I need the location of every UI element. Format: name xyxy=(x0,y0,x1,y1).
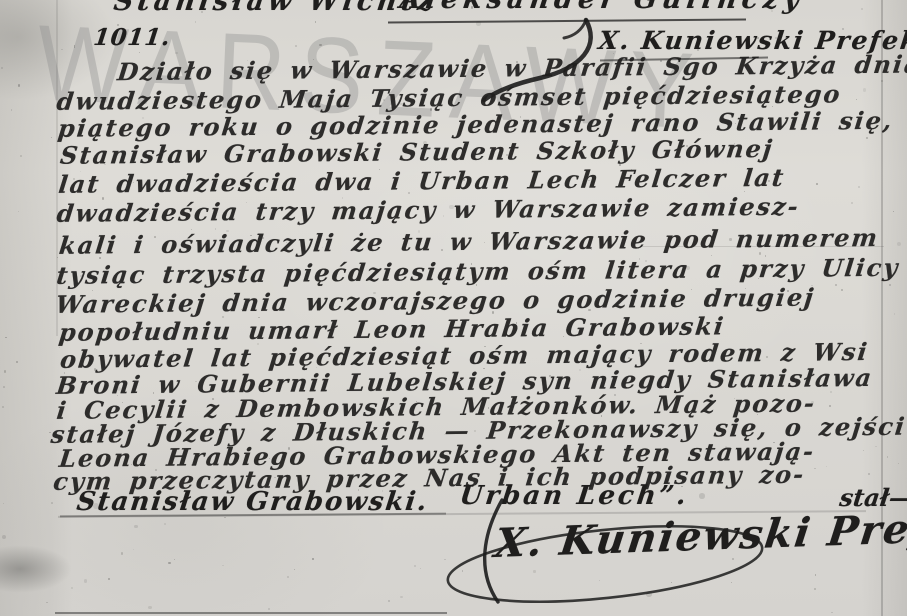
noise-speck xyxy=(686,266,690,270)
noise-speck xyxy=(94,368,96,370)
noise-speck xyxy=(247,60,248,61)
noise-speck xyxy=(721,42,722,43)
noise-speck xyxy=(613,53,614,54)
noise-speck xyxy=(697,49,699,51)
noise-speck xyxy=(168,562,170,564)
noise-speck xyxy=(516,61,518,63)
noise-speck xyxy=(64,372,66,374)
noise-speck xyxy=(315,21,316,22)
noise-speck xyxy=(444,559,446,561)
noise-speck xyxy=(408,192,410,194)
noise-speck xyxy=(212,398,214,400)
noise-speck xyxy=(686,145,688,147)
noise-speck xyxy=(578,395,579,396)
noise-speck xyxy=(816,183,818,185)
noise-speck xyxy=(92,290,93,291)
noise-speck xyxy=(46,602,48,604)
noise-speck xyxy=(16,361,18,363)
noise-speck xyxy=(326,272,327,273)
noise-speck xyxy=(768,180,770,182)
noise-speck xyxy=(734,398,735,399)
noise-speck xyxy=(134,525,137,528)
noise-speck xyxy=(628,357,630,359)
noise-speck xyxy=(316,367,317,368)
noise-speck xyxy=(691,174,692,175)
noise-speck xyxy=(887,456,889,458)
noise-speck xyxy=(142,117,144,119)
paper-noise xyxy=(0,0,907,616)
noise-speck xyxy=(476,284,477,285)
noise-speck xyxy=(718,483,720,485)
noise-speck xyxy=(250,235,251,236)
noise-speck xyxy=(765,255,766,256)
noise-speck xyxy=(572,155,573,156)
noise-speck xyxy=(63,268,64,269)
noise-speck xyxy=(484,242,485,243)
noise-speck xyxy=(51,502,53,504)
noise-speck xyxy=(744,191,745,192)
noise-speck xyxy=(61,49,62,50)
noise-speck xyxy=(195,381,197,383)
noise-speck xyxy=(599,580,600,581)
noise-speck xyxy=(897,242,901,246)
noise-speck xyxy=(444,434,445,435)
noise-speck xyxy=(287,576,289,578)
noise-speck xyxy=(5,337,7,339)
noise-speck xyxy=(117,383,118,384)
noise-speck xyxy=(516,322,518,324)
noise-speck xyxy=(866,137,867,138)
noise-speck xyxy=(841,289,843,291)
noise-speck xyxy=(893,211,894,212)
noise-speck xyxy=(563,336,564,337)
noise-speck xyxy=(99,257,101,259)
noise-speck xyxy=(851,202,853,204)
noise-speck xyxy=(570,323,572,325)
noise-speck xyxy=(654,183,655,184)
noise-speck xyxy=(503,460,505,462)
noise-speck xyxy=(4,370,6,372)
noise-speck xyxy=(773,442,775,444)
noise-speck xyxy=(889,284,891,286)
noise-speck xyxy=(74,45,76,47)
noise-speck xyxy=(898,463,899,464)
noise-speck xyxy=(562,470,563,471)
death-record-scan: WARSZAWY Stanisław Wichtz Aleksander Gul… xyxy=(0,0,907,616)
noise-speck xyxy=(283,304,285,306)
noise-speck xyxy=(811,401,813,403)
noise-speck xyxy=(117,24,119,26)
noise-speck xyxy=(745,288,746,289)
noise-speck xyxy=(18,84,20,86)
noise-speck xyxy=(575,210,577,212)
noise-speck xyxy=(108,578,110,580)
noise-speck xyxy=(2,535,7,540)
noise-speck xyxy=(830,391,832,393)
noise-speck xyxy=(484,346,485,347)
noise-speck xyxy=(249,6,251,8)
noise-speck xyxy=(548,150,550,152)
noise-speck xyxy=(856,99,857,100)
noise-speck xyxy=(241,309,242,310)
noise-speck xyxy=(155,469,157,471)
noise-speck xyxy=(566,527,568,529)
noise-speck xyxy=(80,171,82,173)
noise-speck xyxy=(414,565,416,567)
noise-speck xyxy=(191,229,192,230)
noise-speck xyxy=(400,103,402,105)
noise-speck xyxy=(20,155,22,157)
noise-speck xyxy=(691,38,693,40)
noise-speck xyxy=(114,330,119,335)
noise-speck xyxy=(153,392,155,394)
noise-speck xyxy=(122,402,123,403)
noise-speck xyxy=(246,202,247,203)
noise-speck xyxy=(388,600,390,602)
noise-speck xyxy=(588,180,589,181)
noise-speck xyxy=(3,503,4,504)
noise-speck xyxy=(51,137,52,138)
noise-speck xyxy=(423,141,427,145)
noise-speck xyxy=(652,480,656,484)
noise-speck xyxy=(191,464,193,466)
noise-speck xyxy=(875,446,876,447)
noise-speck xyxy=(117,395,118,396)
noise-speck xyxy=(162,330,163,331)
noise-speck xyxy=(557,206,559,208)
noise-speck xyxy=(57,257,58,258)
noise-speck xyxy=(144,208,146,210)
noise-speck xyxy=(757,37,758,38)
noise-speck xyxy=(286,242,287,243)
noise-speck xyxy=(520,116,522,118)
noise-speck xyxy=(549,375,551,377)
noise-speck xyxy=(766,356,768,358)
noise-speck xyxy=(506,154,508,156)
noise-speck xyxy=(373,292,375,294)
noise-speck xyxy=(71,587,73,589)
noise-speck xyxy=(588,309,590,311)
noise-speck xyxy=(226,230,228,232)
noise-speck xyxy=(365,459,367,461)
noise-speck xyxy=(646,356,647,357)
noise-speck xyxy=(174,559,175,560)
noise-speck xyxy=(877,35,879,37)
noise-speck xyxy=(579,369,581,371)
noise-speck xyxy=(49,432,51,434)
noise-speck xyxy=(73,178,75,180)
noise-speck xyxy=(801,124,803,126)
noise-speck xyxy=(79,189,81,191)
noise-speck xyxy=(148,606,152,610)
noise-speck xyxy=(215,228,217,230)
noise-speck xyxy=(603,496,605,498)
noise-speck xyxy=(322,247,323,248)
noise-speck xyxy=(117,387,121,391)
noise-speck xyxy=(481,303,483,305)
noise-speck xyxy=(699,493,705,499)
noise-speck xyxy=(383,99,385,101)
noise-speck xyxy=(126,455,130,459)
noise-speck xyxy=(681,486,683,488)
noise-speck xyxy=(274,477,275,478)
noise-speck xyxy=(671,582,672,583)
noise-speck xyxy=(483,368,484,369)
noise-speck xyxy=(601,415,602,416)
noise-speck xyxy=(154,236,156,238)
noise-speck xyxy=(294,569,296,571)
noise-speck xyxy=(96,455,98,457)
noise-speck xyxy=(201,11,203,13)
noise-speck xyxy=(732,558,734,560)
noise-speck xyxy=(811,285,813,287)
noise-speck xyxy=(418,230,420,232)
noise-speck xyxy=(858,186,860,188)
noise-speck xyxy=(257,343,259,345)
noise-speck xyxy=(173,352,175,354)
noise-speck xyxy=(84,579,88,583)
noise-speck xyxy=(1,67,3,69)
noise-speck xyxy=(533,570,535,572)
noise-speck xyxy=(614,394,616,396)
noise-speck xyxy=(623,456,625,458)
noise-speck xyxy=(735,123,736,124)
noise-speck xyxy=(11,109,13,111)
noise-speck xyxy=(691,289,692,290)
noise-speck xyxy=(121,552,123,554)
noise-speck xyxy=(775,408,776,409)
noise-speck xyxy=(835,284,837,286)
noise-speck xyxy=(441,249,443,251)
noise-speck xyxy=(183,252,184,253)
noise-speck xyxy=(400,596,402,598)
noise-speck xyxy=(195,21,197,23)
noise-speck xyxy=(18,211,19,212)
noise-speck xyxy=(300,329,301,330)
noise-speck xyxy=(295,45,297,47)
noise-speck xyxy=(370,359,372,361)
noise-speck xyxy=(731,582,732,583)
noise-speck xyxy=(471,263,473,265)
noise-speck xyxy=(268,608,270,610)
noise-speck xyxy=(894,313,896,315)
noise-speck xyxy=(694,350,695,351)
noise-speck xyxy=(863,88,867,92)
noise-speck xyxy=(382,490,384,492)
noise-speck xyxy=(471,6,473,8)
noise-speck xyxy=(258,317,260,319)
noise-speck xyxy=(224,517,225,518)
noise-speck xyxy=(102,197,104,199)
noise-speck xyxy=(639,258,640,259)
noise-speck xyxy=(648,306,649,307)
noise-speck xyxy=(359,331,361,333)
noise-speck xyxy=(319,44,321,46)
noise-speck xyxy=(488,407,490,409)
noise-speck xyxy=(416,401,417,402)
noise-speck xyxy=(787,290,789,292)
noise-speck xyxy=(868,473,870,475)
noise-speck xyxy=(826,466,827,467)
noise-speck xyxy=(93,503,99,509)
noise-speck xyxy=(443,215,444,216)
noise-speck xyxy=(430,108,432,110)
noise-speck xyxy=(863,450,864,451)
noise-speck xyxy=(262,237,264,239)
noise-speck xyxy=(312,558,313,559)
noise-speck xyxy=(379,169,380,170)
noise-speck xyxy=(881,80,883,82)
noise-speck xyxy=(619,529,621,531)
noise-speck xyxy=(358,489,360,491)
noise-speck xyxy=(463,179,465,181)
noise-speck xyxy=(757,414,758,415)
noise-speck xyxy=(861,8,863,10)
noise-speck xyxy=(771,10,773,12)
noise-speck xyxy=(759,252,761,254)
noise-speck xyxy=(3,386,5,388)
noise-speck xyxy=(814,588,815,589)
noise-speck xyxy=(859,47,860,48)
noise-speck xyxy=(342,197,344,199)
noise-speck xyxy=(806,380,807,381)
noise-speck xyxy=(228,453,229,454)
noise-speck xyxy=(660,60,662,62)
noise-speck xyxy=(711,255,712,256)
noise-speck xyxy=(534,553,535,554)
noise-speck xyxy=(816,65,817,66)
noise-speck xyxy=(842,28,844,30)
noise-speck xyxy=(2,406,4,408)
noise-speck xyxy=(772,106,773,107)
noise-speck xyxy=(299,225,300,226)
noise-speck xyxy=(269,458,270,459)
noise-speck xyxy=(474,430,476,432)
noise-speck xyxy=(492,311,494,313)
noise-speck xyxy=(645,260,647,262)
noise-speck xyxy=(631,169,632,170)
noise-speck xyxy=(619,164,620,165)
noise-speck xyxy=(883,528,885,530)
noise-speck xyxy=(80,275,82,277)
noise-speck xyxy=(829,405,831,407)
noise-speck xyxy=(149,213,150,214)
noise-speck xyxy=(610,483,611,484)
noise-speck xyxy=(311,101,312,102)
noise-speck xyxy=(288,447,290,449)
noise-speck xyxy=(313,59,314,60)
noise-speck xyxy=(333,129,337,133)
noise-speck xyxy=(815,574,816,575)
noise-speck xyxy=(133,549,134,550)
noise-speck xyxy=(131,464,132,465)
noise-speck xyxy=(222,565,224,567)
noise-speck xyxy=(831,612,832,613)
noise-speck xyxy=(74,47,75,48)
noise-speck xyxy=(738,69,740,71)
noise-speck xyxy=(758,278,759,279)
noise-speck xyxy=(443,95,444,96)
noise-speck xyxy=(134,406,135,407)
noise-speck xyxy=(646,591,652,597)
noise-speck xyxy=(725,446,727,448)
noise-speck xyxy=(398,269,399,270)
noise-speck xyxy=(814,468,815,469)
noise-speck xyxy=(734,143,735,144)
noise-speck xyxy=(420,568,421,569)
noise-speck xyxy=(222,316,224,318)
noise-speck xyxy=(164,523,166,525)
noise-speck xyxy=(175,52,177,54)
noise-speck xyxy=(729,238,731,240)
noise-speck xyxy=(516,200,518,202)
noise-speck xyxy=(59,347,60,348)
noise-speck xyxy=(449,205,453,209)
noise-speck xyxy=(133,182,134,183)
noise-speck xyxy=(234,439,236,441)
noise-speck xyxy=(104,164,106,166)
noise-speck xyxy=(139,52,140,53)
noise-speck xyxy=(775,37,777,39)
noise-speck xyxy=(476,21,480,25)
noise-speck xyxy=(157,427,158,428)
noise-speck xyxy=(846,434,847,435)
noise-speck xyxy=(462,570,463,571)
noise-speck xyxy=(640,343,641,344)
noise-speck xyxy=(591,249,592,250)
